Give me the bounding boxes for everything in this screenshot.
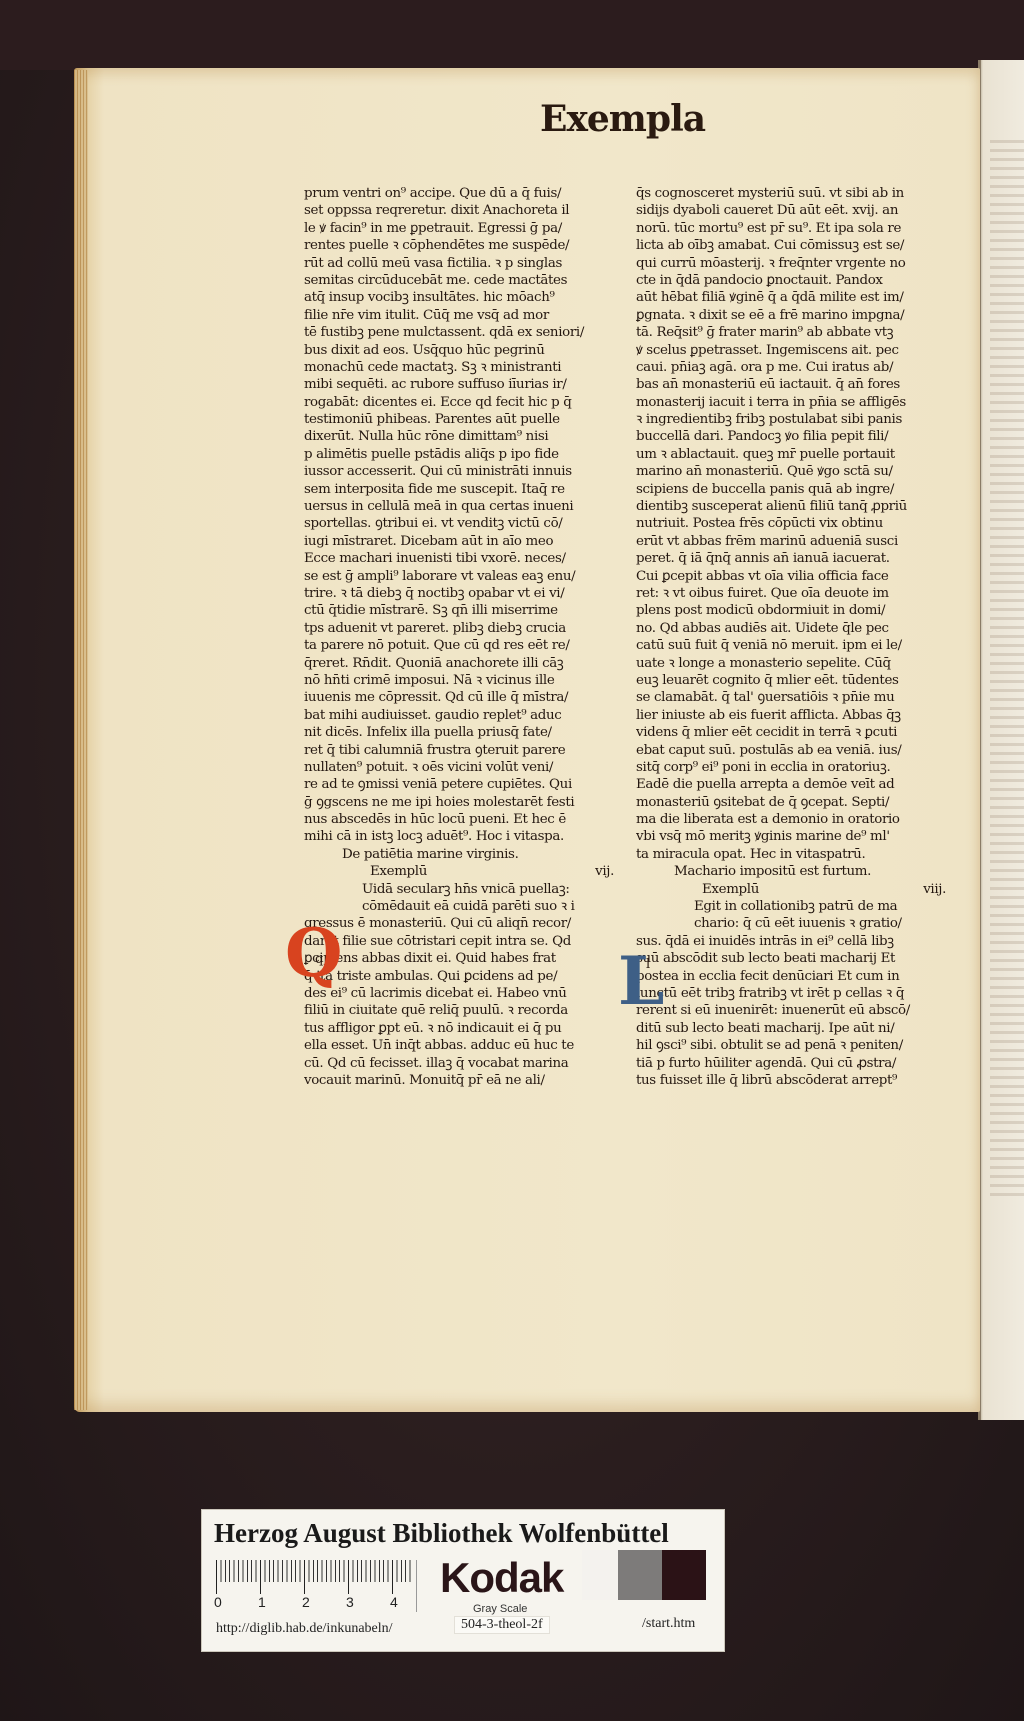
text-line: testimoniū phibeas. Parentes aūt puelle: [304, 411, 622, 428]
text-line: Egit in collationibꝫ patrū de ma: [636, 898, 954, 915]
text-line: vocauit marinū. Monuitq̄ pr̄ eā ne ali/: [304, 1072, 622, 1089]
text-line: videns q̄ mlier eēt cecidit in terrā ꝛ ꝑ…: [636, 724, 954, 741]
text-line: dientibꝫ susceperat alienū filiū tanq̄ ꝓ…: [636, 498, 954, 515]
black-swatch: [662, 1550, 706, 1600]
text-line: tā. Req̄sit⁹ ḡ frater marin⁹ ab abbate v…: [636, 324, 954, 341]
exemplum-number: viij.: [923, 881, 946, 898]
text-line: monasteriū ꝯsitebat de q̄ ꝯcepat. Septi/: [636, 794, 954, 811]
text-line: tus fuisset ille q̄ librū abscōderat arr…: [636, 1072, 954, 1089]
ruler-label: 4: [390, 1594, 398, 1610]
text-line: tus affligor ꝑpt eū. ꝛ nō indicauit ei q…: [304, 1020, 622, 1037]
running-head: Exempla: [540, 98, 700, 140]
text-line: peret. q̄ iā q̄nq̄ annis an̄ ianuā iacue…: [636, 550, 954, 567]
text-line: sus. q̄dā ei inuidēs intrās in ei⁹ cellā…: [636, 933, 954, 950]
facing-page-bleed-through: [990, 140, 1024, 1200]
text-line: sidijs dyaboli caueret Dū aūt eēt. xvij.…: [636, 202, 954, 219]
text-line: cte in q̄dā pandocio ꝑnoctauit. Pandox: [636, 272, 954, 289]
exemplum-label: Exemplū: [702, 881, 759, 898]
text-line: ꝟ scelus ꝑpetrasset. Ingemiscens ait. pe…: [636, 342, 954, 359]
text-line: tiā p furto hūiliter agendā. Qui cū ꝓstr…: [636, 1055, 954, 1072]
text-line: nō hn̄ti crimē imposui. Nā ꝛ vicinus ill…: [304, 672, 622, 689]
text-line: se est ḡ ampli⁹ laborare vt valeas eaꝫ e…: [304, 568, 622, 585]
text-line: ret: ꝛ vt oibus fuiret. Que oīa deuote i…: [636, 585, 954, 602]
text-line: cōmēdauit eā cuidā parēti suo ꝛ i: [304, 898, 622, 915]
text-line: vbi vsq̄ mō meritꝫ ꝟginis marine de⁹ ml': [636, 828, 954, 845]
url-suffix: /start.htm: [642, 1616, 695, 1632]
text-line: nutriuit. Postea frēs cōpūcti vix obtinu: [636, 515, 954, 532]
ruler-label: 2: [302, 1594, 310, 1610]
text-line: euꝫ leuarēt cognito q̄ mlier eēt. tūdent…: [636, 672, 954, 689]
text-line: ta miracula opat. Hec in vitaspatrū.: [636, 846, 954, 863]
text-line: nullaten⁹ potuit. ꝛ oēs vicini volūt ven…: [304, 759, 622, 776]
text-line: uersus in cellulā meā in qua certas inue…: [304, 498, 622, 515]
exemplum-heading: Exemplū vij.: [304, 863, 622, 880]
right-column-text: q̄s cognosceret mysteriū suū. vt sibi ab…: [636, 185, 954, 863]
text-line: rerent si eū inuenirēt: inuenerūt eū abs…: [636, 1002, 954, 1019]
text-line: scipiens de buccella panis quā ab ingre/: [636, 481, 954, 498]
text-line: set oppssa reqreretur. dixit Anachoreta …: [304, 202, 622, 219]
text-line: no. Qd abbas audiēs ait. Uidete q̄le pec: [636, 620, 954, 637]
text-line: Cui ꝑcepit abbas vt oīa vilia officia fa…: [636, 568, 954, 585]
text-line: daret filie sue cōtristari cepit intra s…: [304, 933, 622, 950]
text-line: semitas circūducebāt me. cede mactātes: [304, 272, 622, 289]
guide-letter: l: [646, 957, 650, 972]
text-line: iussor accesserit. Qui cū ministrāti inn…: [304, 463, 622, 480]
text-line: rūt ad collū meū vasa fictilia. ꝛ p sing…: [304, 255, 622, 272]
text-line: q̄ ita triste ambulas. Qui ꝑcidens ad pe…: [304, 968, 622, 985]
exemplum-text: Egit in collationibꝫ patrū de machario: …: [636, 898, 954, 1089]
text-line: dixerūt. Nulla hūc rōne dimittam⁹ nisi: [304, 428, 622, 445]
text-line: iuuenis me cōpressit. Qd cū ille q̄ mīst…: [304, 689, 622, 706]
text-line: ꝑgnata. ꝛ dixit se eē a frē marino impgn…: [636, 307, 954, 324]
text-line: atq̄ insup vocibꝫ insultātes. hic mōach⁹: [304, 289, 622, 306]
text-line: ella esset. Un̄ inq̄t abbas. adduc eū hu…: [304, 1037, 622, 1054]
text-line: tē fustibꝫ pene mulctassent. qdā ex seni…: [304, 324, 622, 341]
text-line: sportellas. ꝯtribui ei. vt venditꝫ victū…: [304, 515, 622, 532]
right-column: q̄s cognosceret mysteriū suū. vt sibi ab…: [636, 185, 954, 1089]
text-line: erūt vt abbas frēm marinū adueniā susci: [636, 533, 954, 550]
text-line: mihi cā in istꝫ locꝫ aduēt⁹. Hoc i vitas…: [304, 828, 622, 845]
text-line: chario: q̄ cū eēt iuuenis ꝛ gratio/: [636, 915, 954, 932]
text-line: bus dixit ad eos. Usq̄quo hūc pegrinū: [304, 342, 622, 359]
text-line: q̄s cognosceret mysteriū suū. vt sibi ab…: [636, 185, 954, 202]
text-line: tps aduenit vt pareret. plibꝫ diebꝫ cruc…: [304, 620, 622, 637]
text-line: ta parere nō potuit. Que cū qd res eēt r…: [304, 637, 622, 654]
gray-scale-label: Gray Scale: [473, 1603, 527, 1615]
text-line: mibi sequēti. ac rubore suffuso iīurias …: [304, 376, 622, 393]
page-fore-edge: [74, 70, 88, 1410]
text-line: ma die liberata est a demonio in oratori…: [636, 811, 954, 828]
text-line: ꝑcipiens abbas dixit ei. Quid habes frat: [304, 950, 622, 967]
text-line: re ad te ꝯmissi veniā petere cupiētes. Q…: [304, 776, 622, 793]
text-line: des ei⁹ cū lacrimis dicebat ei. Habeo vn…: [304, 985, 622, 1002]
left-column: prum ventri on⁹ accipe. Que dū a q̄ fuis…: [304, 185, 622, 1089]
text-line: rogabāt: dicentes ei. Ecce qd fecit hic …: [304, 394, 622, 411]
text-line: buccellā dari. Pandocꝫ ꝟo filia pepit fi…: [636, 428, 954, 445]
ruler-major-tick: [216, 1560, 217, 1594]
text-line: iunctū eēt tribꝫ fratribꝫ vt irēt p cell…: [636, 985, 954, 1002]
text-line: ctū q̄tidie mīstrarē. Sꝫ qn̄ illi miserr…: [304, 602, 622, 619]
text-line: plens post modicū obdormiuit in domi/: [636, 602, 954, 619]
text-line: rentes puelle ꝛ cōphendētes me suspēde/: [304, 237, 622, 254]
text-line: Uidā secularꝫ hn̄s vnicā puellaꝫ:: [304, 881, 622, 898]
text-line: norū. tūc mortu⁹ est pr̄ su⁹. Et ipa sol…: [636, 220, 954, 237]
text-line: iugi mīstraret. Dicebam aūt in aīo meo: [304, 533, 622, 550]
left-column-text: prum ventri on⁹ accipe. Que dū a q̄ fuis…: [304, 185, 622, 846]
blue-initial-l: L: [618, 948, 664, 1014]
scan-background: [0, 0, 1024, 70]
text-line: le ꝟ facin⁹ in me ꝑpetrauit. Egressi ḡ p…: [304, 220, 622, 237]
text-line: cū. Qd cū fecisset. illaꝫ q̄ vocabat mar…: [304, 1055, 622, 1072]
exemplum-text: Uidā secularꝫ hn̄s vnicā puellaꝫ:cōmēdau…: [304, 881, 622, 1090]
ruler-major-tick: [260, 1560, 261, 1594]
color-calibration-target: Herzog August Bibliothek Wolfenbüttel 0 …: [201, 1509, 725, 1652]
url-base: http://diglib.hab.de/inkunabeln/: [216, 1621, 393, 1637]
text-line: nit dicēs. Infelix illa puella priusq̄ f…: [304, 724, 622, 741]
text-line: gressus ē monasteriū. Qui cū aliqn̄ reco…: [304, 915, 622, 932]
text-line: bas an̄ monasteriū eū iactauit. q̄ an̄ f…: [636, 376, 954, 393]
red-initial-q: Q: [285, 920, 343, 986]
section-title: De patiētia marine virginis.: [304, 846, 622, 863]
exemplum-label: Exemplū: [370, 863, 427, 880]
text-line: filiū in ciuitate quē reliq̄ puulū. ꝛ re…: [304, 1002, 622, 1019]
text-line: hil ꝯsci⁹ sibi. obtulit se ad penā ꝛ pen…: [636, 1037, 954, 1054]
text-line: bat mihi audiuisset. gaudio replet⁹ aduc: [304, 707, 622, 724]
text-line: uate ꝛ longe a monasterio sepelite. Cūq̄: [636, 655, 954, 672]
ruler-major-tick: [348, 1560, 349, 1594]
ruler-label: 1: [258, 1594, 266, 1610]
text-line: aūt hēbat filiā ꝟginē q̄ a q̄dā milite e…: [636, 289, 954, 306]
gray-swatch: [618, 1550, 662, 1600]
ruler-label: 3: [346, 1594, 354, 1610]
text-line: nus abscedēs in hūc locū pueni. Et hec ē: [304, 811, 622, 828]
text-line: Eadē die puella arrepta a demōe veīt ad: [636, 776, 954, 793]
kodak-logo: Kodak: [440, 1554, 563, 1602]
text-line: sitq̄ corp⁹ ei⁹ poni in ecclia in orator…: [636, 759, 954, 776]
text-line: Ecce machari inuenisti tibi vxorē. neces…: [304, 550, 622, 567]
ruler-ticks: [216, 1560, 414, 1582]
section-title: Machario impositū est furtum.: [636, 863, 954, 880]
text-line: se clamabāt. q̄ tal' ꝯuersatiōis ꝛ pn̄ie…: [636, 689, 954, 706]
text-line: caui. pn̄iaꝫ agā. ora p me. Cui iratus a…: [636, 359, 954, 376]
text-line: sem interposita fide me suscepit. Itaq̄ …: [304, 481, 622, 498]
ruler-label: 0: [214, 1594, 222, 1610]
measurement-ruler: 0 1 2 3 4: [216, 1560, 417, 1612]
text-line: marino an̄ monasteriū. Quē ꝟgo sctā su/: [636, 463, 954, 480]
text-line: suū abscōdit sub lecto beati macharij Et: [636, 950, 954, 967]
exemplum-number: vij.: [595, 863, 614, 880]
text-line: prum ventri on⁹ accipe. Que dū a q̄ fuis…: [304, 185, 622, 202]
guide-letter: q: [315, 952, 323, 967]
ruler-major-tick: [392, 1560, 393, 1594]
text-line: licta ab oībꝫ amabat. Cui cōmissuꝫ est s…: [636, 237, 954, 254]
text-line: ditū sub lecto beati macharij. Ipe aūt n…: [636, 1020, 954, 1037]
text-line: monachū cede mactatꝫ. Sꝫ ꝛ ministranti: [304, 359, 622, 376]
text-line: lier iniuste ab eis fuerit afflicta. Abb…: [636, 707, 954, 724]
text-line: um ꝛ ablactauit. queꝫ mr̄ puelle portaui…: [636, 446, 954, 463]
text-line: q̄reret. Rn̄dit. Quoniā anachorete illi …: [304, 655, 622, 672]
text-line: qui currū mōasterij. ꝛ freq̄nter vrgente…: [636, 255, 954, 272]
text-line: trire. ꝛ tā diebꝫ q̄ noctibꝫ opabar vt e…: [304, 585, 622, 602]
text-line: ebat caput suū. postulās ab ea veniā. iu…: [636, 742, 954, 759]
exemplum-heading: Exemplū viij.: [636, 881, 954, 898]
text-line: ꝛ ingredientibꝫ fribꝫ postulabat sibi pa…: [636, 411, 954, 428]
text-line: catū suū fuit q̄ veniā nō meruit. ipm ei…: [636, 637, 954, 654]
institution-name: Herzog August Bibliothek Wolfenbüttel: [214, 1518, 669, 1549]
text-line: filie nr̄e vim itulit. Cūq̄ me vsq̄ ad m…: [304, 307, 622, 324]
text-line: postea in ecclia fecit denūciari Et cum …: [636, 968, 954, 985]
ruler-major-tick: [304, 1560, 305, 1594]
text-line: ret q̄ tibi calumniā frustra ꝯteruit par…: [304, 742, 622, 759]
shelfmark: 504-3-theol-2f: [454, 1616, 550, 1634]
text-line: p alimētis puelle pstādis aliq̄s p ipo f…: [304, 446, 622, 463]
text-line: monasterij iacuit i terra in pn̄ia se af…: [636, 394, 954, 411]
text-line: ḡ ꝯgscens ne me ipi hoies molestarēt fes…: [304, 794, 622, 811]
